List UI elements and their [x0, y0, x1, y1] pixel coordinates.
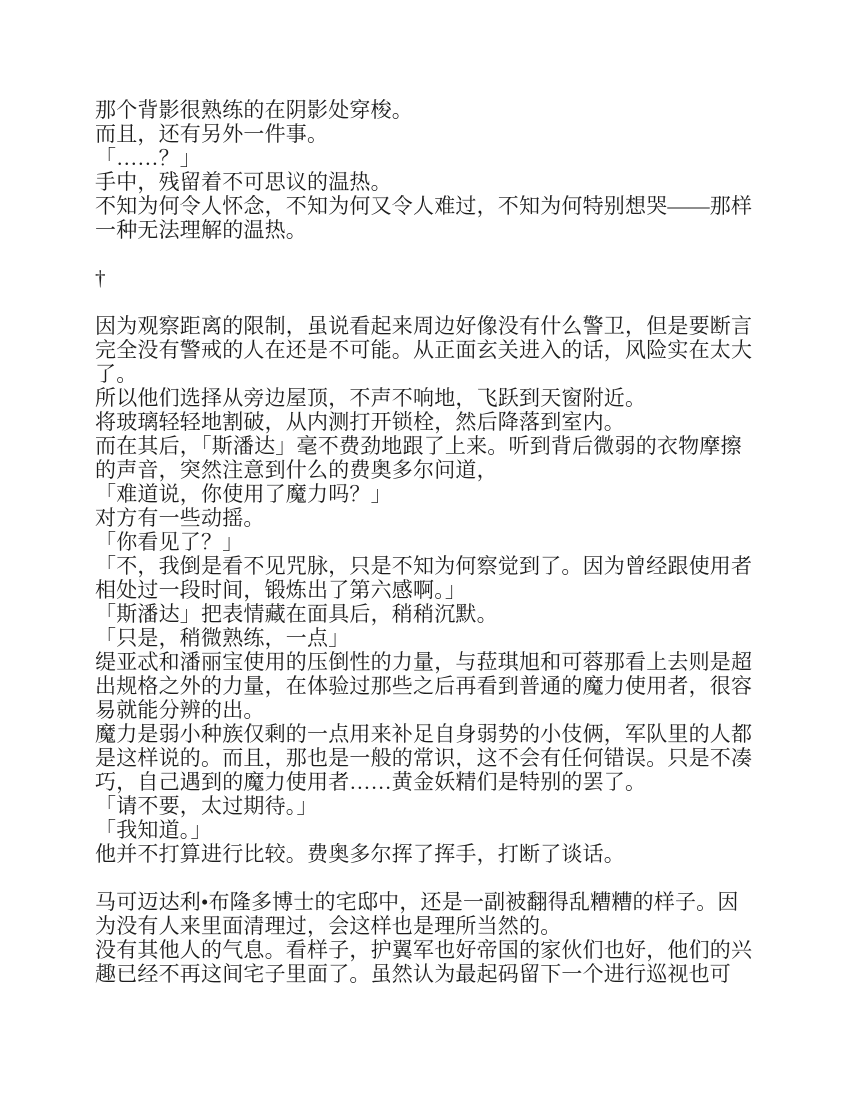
text-line: 趣已经不再这间宅子里面了。虽然认为最起码留下一个进行巡视也可	[95, 962, 760, 986]
text-line: 「不，我倒是看不见咒脉，只是不知为何察觉到了。因为曾经跟使用者	[95, 554, 760, 578]
blank-line	[95, 290, 760, 314]
text-line: 巧，自己遇到的魔力使用者……黄金妖精们是特别的罢了。	[95, 770, 760, 794]
text-line: 出规格之外的力量，在体验过那些之后再看到普通的魔力使用者，很容	[95, 674, 760, 698]
text-line: 一种无法理解的温热。	[95, 218, 760, 242]
text-line: 是这样说的。而且，那也是一般的常识，这不会有任何错误。只是不凑	[95, 746, 760, 770]
text-line: 所以他们选择从旁边屋顶，不声不响地，飞跃到天窗附近。	[95, 386, 760, 410]
text-line: 因为观察距离的限制，虽说看起来周边好像没有什么警卫，但是要断言	[95, 314, 760, 338]
text-line: 「斯潘达」把表情藏在面具后，稍稍沉默。	[95, 602, 760, 626]
text-line: 没有其他人的气息。看样子，护翼军也好帝国的家伙们也好，他们的兴	[95, 938, 760, 962]
text-line: 「只是，稍微熟练，一点」	[95, 626, 760, 650]
text-line: 「请不要，太过期待。」	[95, 794, 760, 818]
text-line: 不知为何令人怀念，不知为何又令人难过，不知为何特别想哭——那样	[95, 194, 760, 218]
blank-line	[95, 866, 760, 890]
text-line: 而在其后，「斯潘达」毫不费劲地跟了上来。听到背后微弱的衣物摩擦	[95, 434, 760, 458]
section-divider: †	[95, 266, 760, 290]
text-line: 「我知道。」	[95, 818, 760, 842]
text-line: 相处过一段时间，锻炼出了第六感啊。」	[95, 578, 760, 602]
text-line: 了。	[95, 362, 760, 386]
text-line: 那个背影很熟练的在阴影处穿梭。	[95, 98, 760, 122]
text-line: 缇亚忒和潘丽宝使用的压倒性的力量，与菈琪旭和可蓉那看上去则是超	[95, 650, 760, 674]
text-line: 他并不打算进行比较。费奥多尔挥了挥手，打断了谈话。	[95, 842, 760, 866]
text-line: 将玻璃轻轻地割破，从内测打开锁栓，然后降落到室内。	[95, 410, 760, 434]
text-line: 魔力是弱小种族仅剩的一点用来补足自身弱势的小伎俩，军队里的人都	[95, 722, 760, 746]
text-line: 手中，残留着不可思议的温热。	[95, 170, 760, 194]
text-line: 「……？」	[95, 146, 760, 170]
text-line: 易就能分辨的出。	[95, 698, 760, 722]
text-line: 为没有人来里面清理过，会这样也是理所当然的。	[95, 914, 760, 938]
text-line: 完全没有警戒的人在还是不可能。从正面玄关进入的话，风险实在太大	[95, 338, 760, 362]
document-page: 那个背影很熟练的在阴影处穿梭。 而且，还有另外一件事。 「……？」 手中，残留着…	[0, 0, 850, 1100]
text-line: 而且，还有另外一件事。	[95, 122, 760, 146]
text-line: 马可迈达利•布隆多博士的宅邸中，还是一副被翻得乱糟糟的样子。因	[95, 890, 760, 914]
blank-line	[95, 242, 760, 266]
text-line: 「难道说，你使用了魔力吗？」	[95, 482, 760, 506]
text-line: 「你看见了？」	[95, 530, 760, 554]
text-line: 的声音，突然注意到什么的费奥多尔问道，	[95, 458, 760, 482]
text-line: 对方有一些动摇。	[95, 506, 760, 530]
